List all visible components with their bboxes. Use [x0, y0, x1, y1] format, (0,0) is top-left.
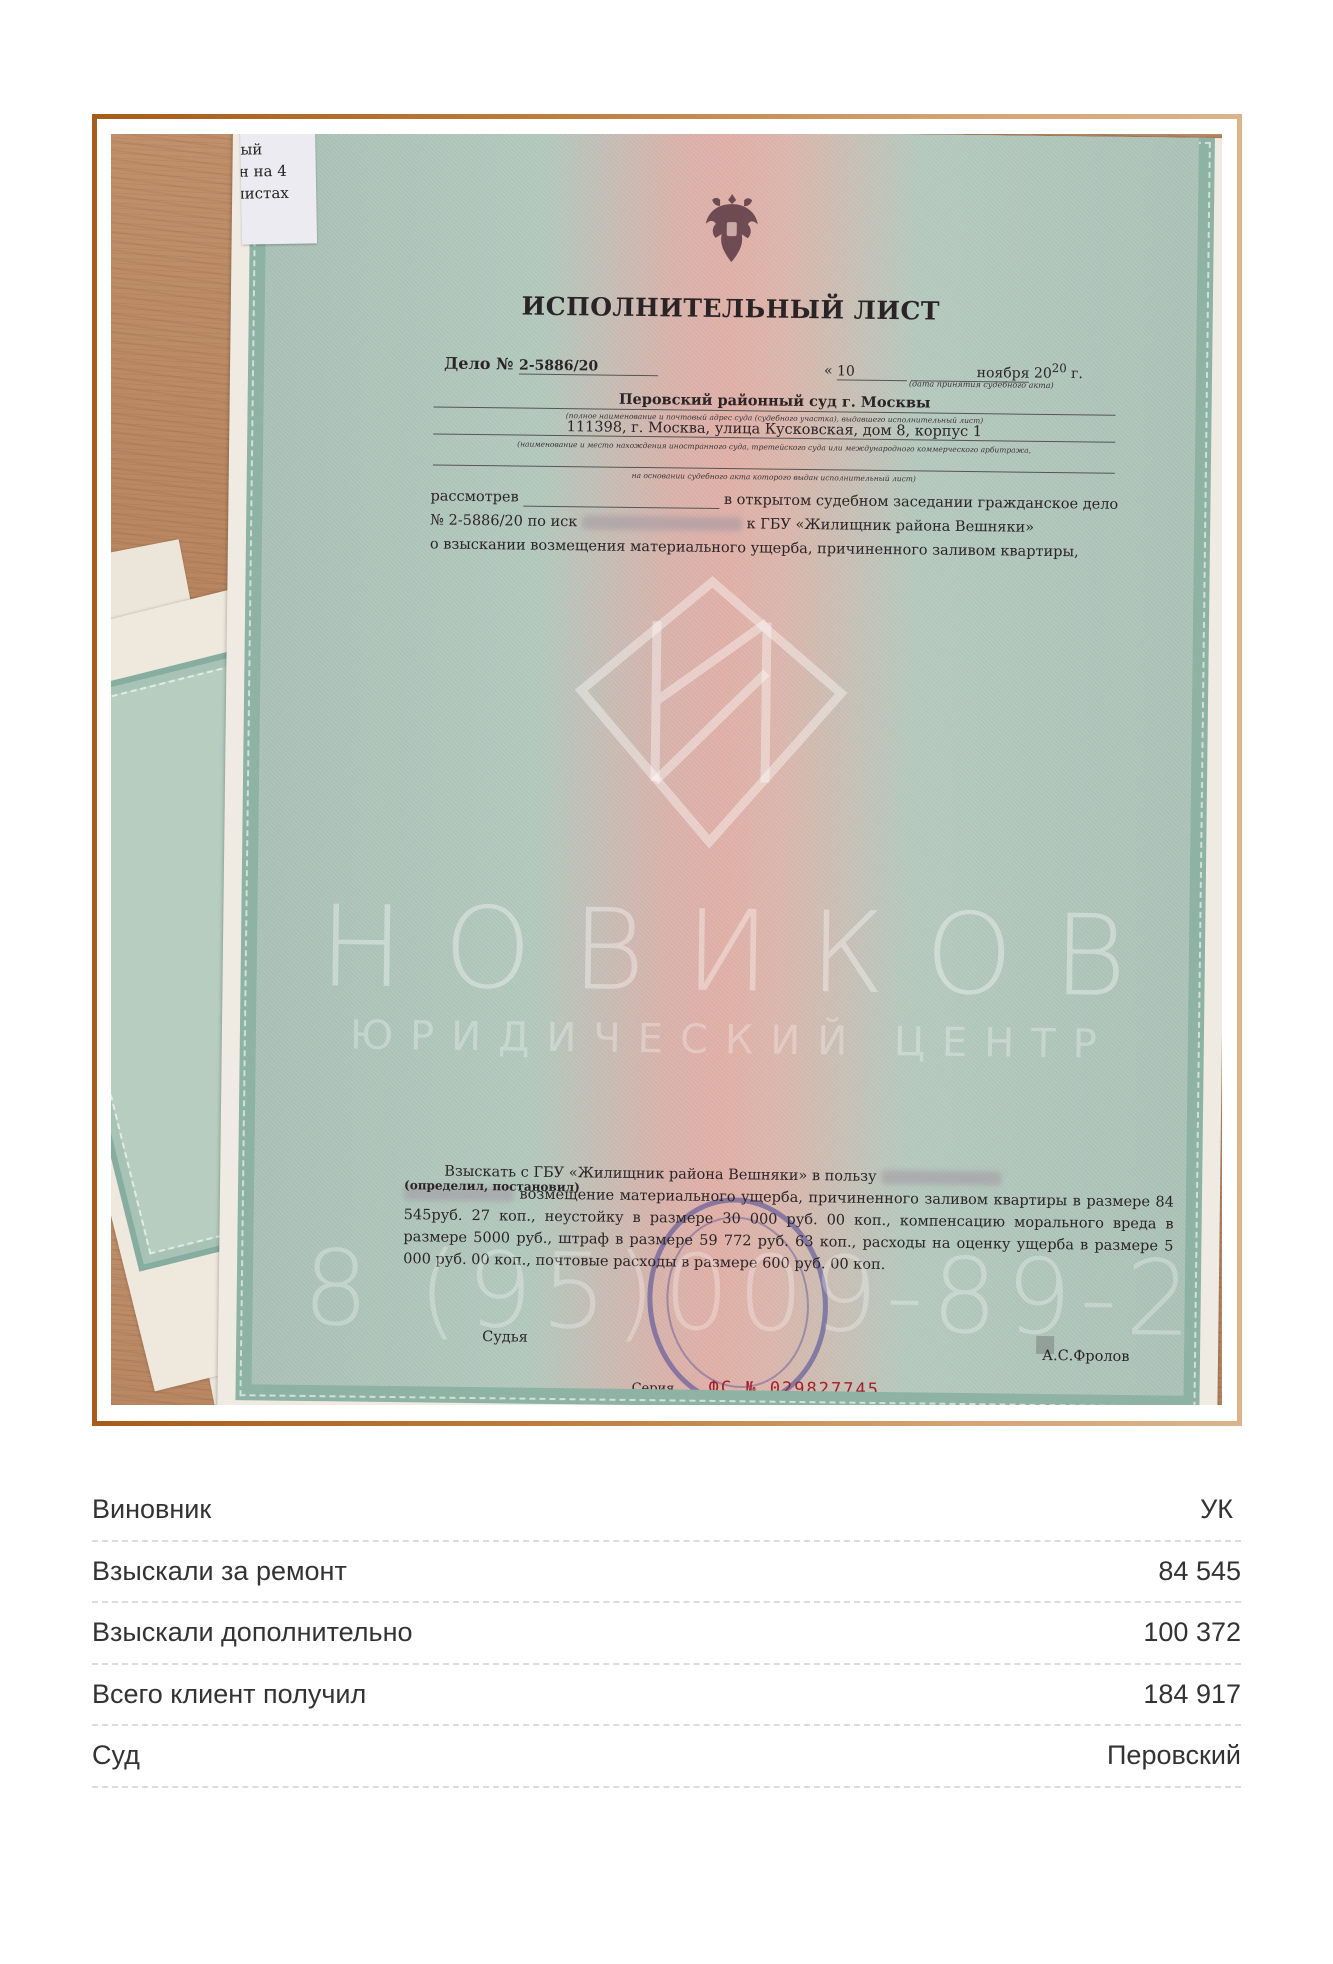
detail-row-additional-recovered: Взыскали дополнительно 100 372 [92, 1603, 1241, 1665]
detail-row-total-received: Всего клиент получил 184 917 [92, 1665, 1241, 1727]
claim-subject: о взыскании возмещения материального уще… [430, 536, 1079, 560]
detail-label: Суд [92, 1740, 140, 1771]
detail-label: Всего клиент получил [92, 1679, 366, 1710]
case-number: 2-5886/20 [519, 358, 658, 377]
sticker-line: ый [240, 137, 315, 160]
detail-value: 184 917 [1143, 1679, 1241, 1710]
watermark-company-name: НОВИКОВ [256, 881, 1190, 1022]
considered-label: рассмотрев [430, 488, 518, 505]
photo-frame: ов г.Моск ый н на 4 листах [92, 114, 1242, 1426]
watermark-phone: 8 (95)009-89-26 [302, 1227, 1185, 1360]
photo-frame-inner: ов г.Моск ый н на 4 листах [97, 119, 1237, 1421]
page-count-sticker: ый н на 4 листах [240, 134, 317, 245]
detail-label: Взыскали за ремонт [92, 1556, 347, 1587]
claim-start: № 2-5886/20 по иск [430, 512, 577, 530]
case-number-line: Дело № 2-5886/20 [444, 354, 658, 376]
sticker-line: листах [240, 181, 316, 204]
blank-field [523, 490, 719, 509]
date-year-prefix: 20 [1034, 365, 1052, 381]
detail-value: 100 372 [1143, 1617, 1241, 1648]
considered-text: в открытом судебном заседании гражданско… [724, 492, 1118, 513]
detail-row-culprit: Виновник УК [92, 1480, 1241, 1542]
date-year-unit: г. [1071, 366, 1083, 382]
detail-value: 84 545 [1158, 1556, 1241, 1587]
redacted-name [582, 515, 742, 531]
date-caption: (дата принятия судебного акта) [909, 379, 1054, 390]
document-face: ИСПОЛНИТЕЛЬНЫЙ ЛИСТ Дело № 2-5886/20 « 1… [252, 134, 1199, 1396]
detail-row-repair-recovered: Взыскали за ремонт 84 545 [92, 1542, 1241, 1604]
detail-label: Взыскали дополнительно [92, 1617, 413, 1648]
writ-document: ИСПОЛНИТЕЛЬНЫЙ ЛИСТ Дело № 2-5886/20 « 1… [217, 134, 1222, 1405]
date-year-suffix: 20 [1052, 361, 1067, 375]
watermark-logo-icon [559, 560, 863, 864]
considered-line: рассмотрев в открытом судебном заседании… [430, 488, 1118, 513]
detail-row-court: Суд Перовский [92, 1726, 1241, 1788]
detail-label: Виновник [92, 1494, 211, 1525]
case-label: Дело № [444, 354, 514, 374]
detail-value: Перовский [1107, 1740, 1241, 1771]
writ-of-execution-photo: ов г.Моск ый н на 4 листах [111, 134, 1222, 1405]
detail-value: УК [1200, 1494, 1241, 1525]
claim-line: № 2-5886/20 по иск к ГБУ «Жилищник район… [430, 512, 1034, 535]
decided-caption: (определил, постановил) [404, 1178, 580, 1194]
case-details: Виновник УК Взыскали за ремонт 84 545 Вз… [92, 1480, 1241, 1788]
claim-defendant: к ГБУ «Жилищник района Вешняки» [746, 516, 1034, 536]
sticker-line: н на 4 [240, 159, 316, 182]
redacted-name [881, 1170, 1001, 1185]
document-title: ИСПОЛНИТЕЛЬНЫЙ ЛИСТ [265, 288, 1197, 328]
date-day: 10 [837, 363, 907, 381]
coat-of-arms-icon [699, 190, 764, 269]
